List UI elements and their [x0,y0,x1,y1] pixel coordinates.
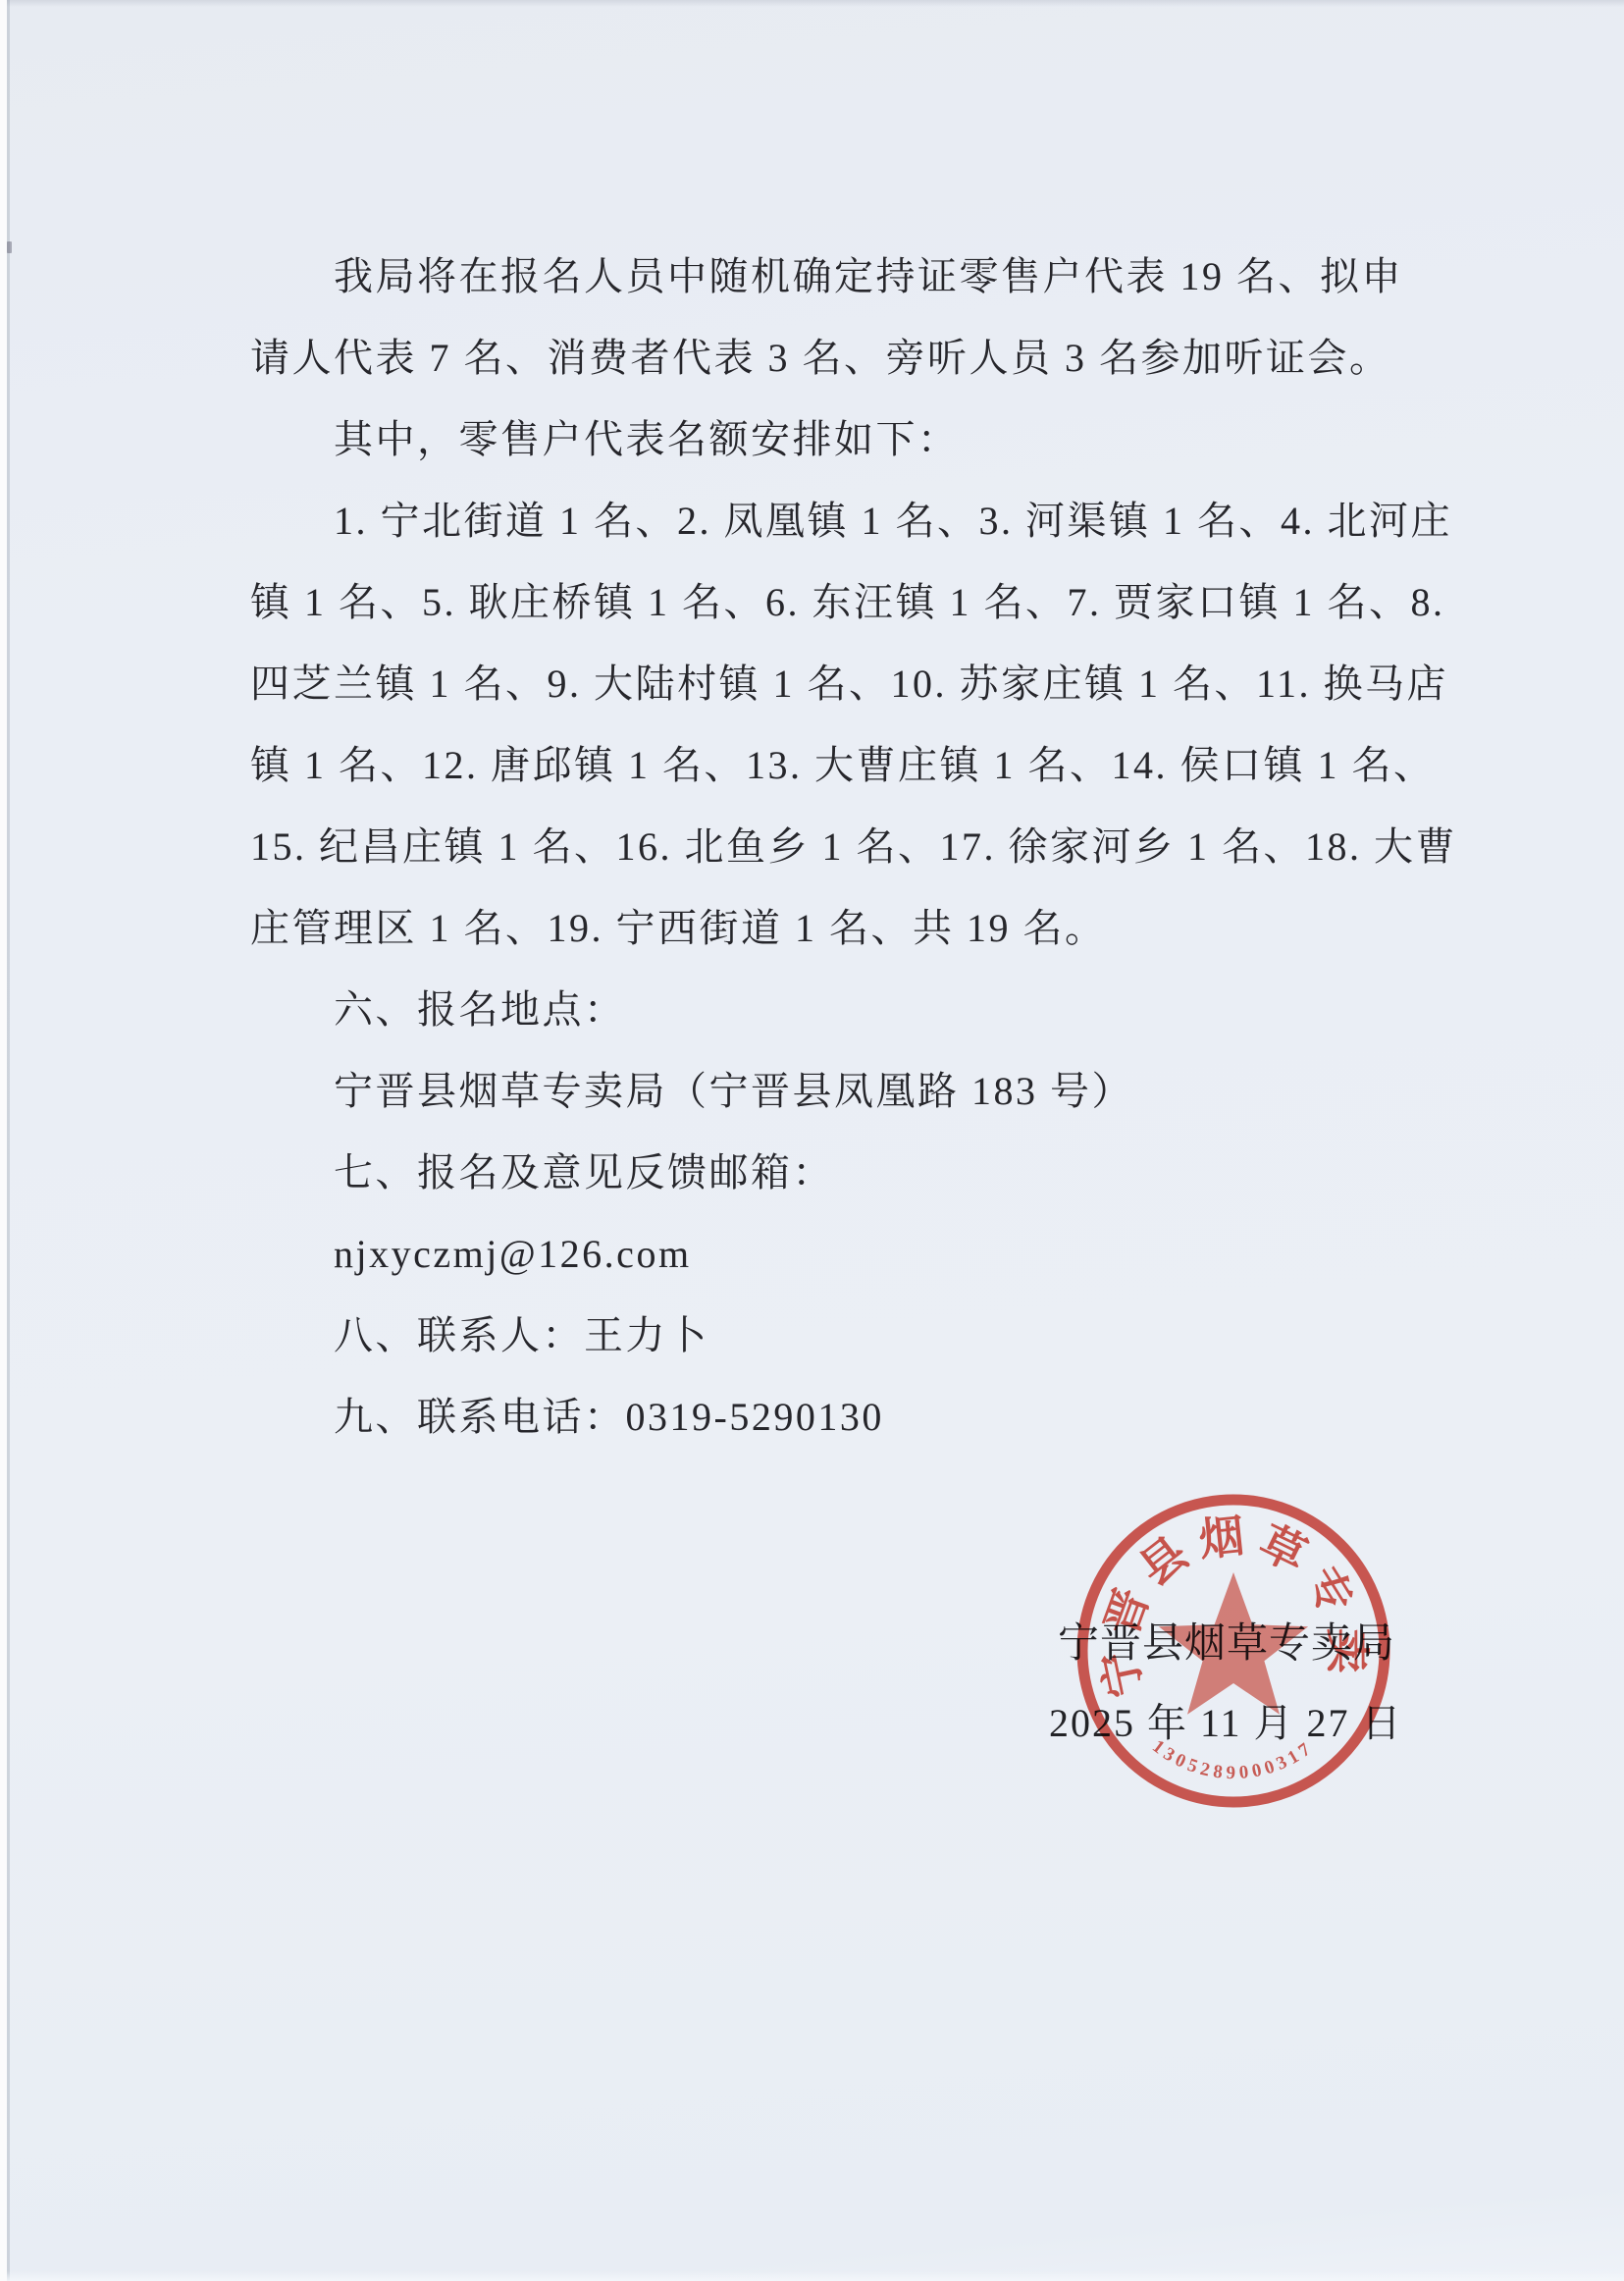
scan-artifact-speck [7,241,12,253]
star-icon [1159,1572,1308,1715]
text-line: 镇 1 名、5. 耿庄桥镇 1 名、6. 东汪镇 1 名、7. 贾家口镇 1 名… [250,561,1398,643]
text-line-section-6: 六、报名地点： [250,969,1398,1050]
document-body: 我局将在报名人员中随机确定持证零售户代表 19 名、拟申 请人代表 7 名、消费… [250,236,1398,1458]
text-line: 其中，零售户代表名额安排如下： [250,398,1398,480]
text-line-email: njxyczmj@126.com [250,1213,1398,1295]
text-line-section-7: 七、报名及意见反馈邮箱： [250,1132,1398,1213]
text-line-section-8: 八、联系人：王力卜 [250,1295,1398,1376]
text-line: 庄管理区 1 名、19. 宁西街道 1 名、共 19 名。 [250,887,1398,969]
text-line: 四芝兰镇 1 名、9. 大陆村镇 1 名、10. 苏家庄镇 1 名、11. 换马… [250,643,1398,724]
text-line: 1. 宁北街道 1 名、2. 凤凰镇 1 名、3. 河渠镇 1 名、4. 北河庄 [250,480,1398,561]
scanned-document-page: 我局将在报名人员中随机确定持证零售户代表 19 名、拟申 请人代表 7 名、消费… [0,0,1624,2281]
paper-sheet: 我局将在报名人员中随机确定持证零售户代表 19 名、拟申 请人代表 7 名、消费… [7,0,1624,2281]
text-line: 请人代表 7 名、消费者代表 3 名、旁听人员 3 名参加听证会。 [250,317,1398,398]
seal-number: 1305289000317 [1148,1736,1317,1783]
svg-text:1305289000317: 1305289000317 [1148,1736,1317,1783]
official-seal: 宁晋县烟草专卖局 1305289000317 [1072,1489,1395,1813]
scan-bottom-edge [7,2271,1624,2281]
text-line: 我局将在报名人员中随机确定持证零售户代表 19 名、拟申 [250,236,1398,317]
text-line: 15. 纪昌庄镇 1 名、16. 北鱼乡 1 名、17. 徐家河乡 1 名、18… [250,806,1398,887]
text-line-address: 宁晋县烟草专卖局（宁晋县凤凰路 183 号） [250,1050,1398,1132]
text-line-section-9: 九、联系电话：0319-5290130 [250,1376,1398,1458]
text-line: 镇 1 名、12. 唐邱镇 1 名、13. 大曹庄镇 1 名、14. 侯口镇 1… [250,724,1398,806]
scan-left-edge [7,0,10,2281]
scan-top-edge [7,0,1624,7]
